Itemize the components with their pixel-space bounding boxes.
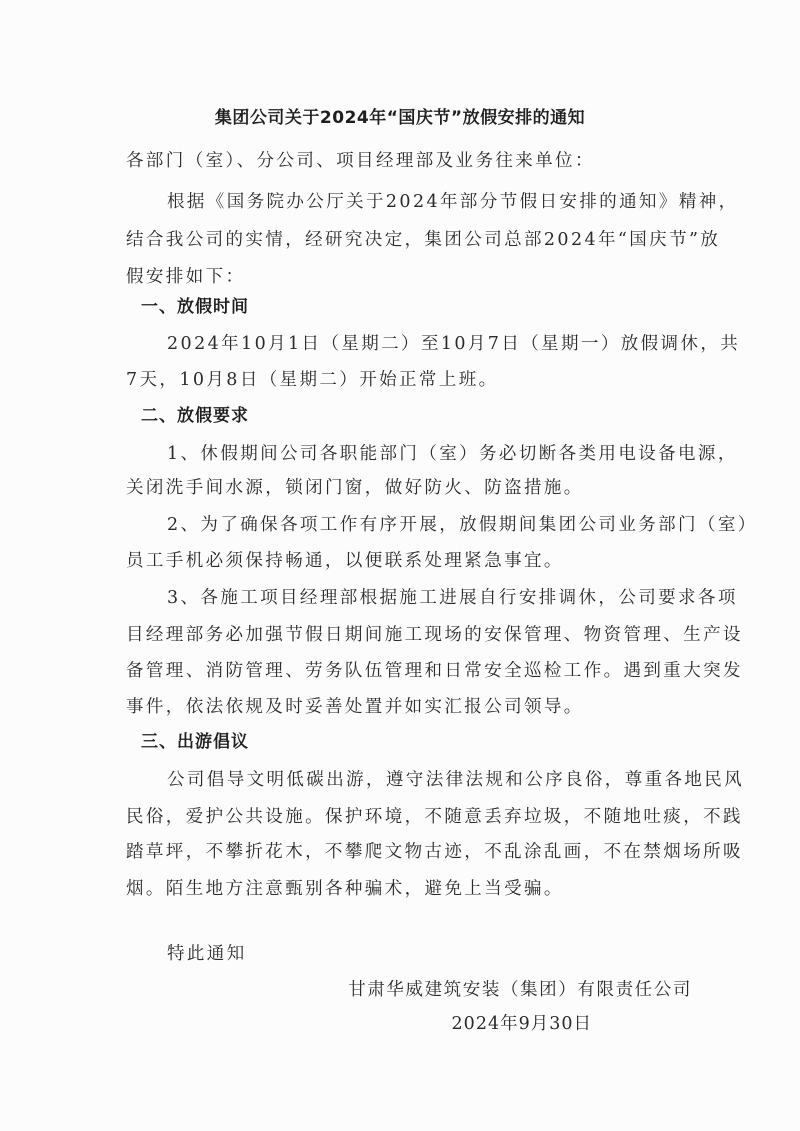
section-2-line-2: 关闭洗手间水源，锁闭门窗，做好防火、防盗措施。 [126, 474, 584, 499]
section-heading-holiday-requirements: 二、放假要求 [141, 401, 249, 426]
section-3-line-4: 烟。陌生地方注意甄别各种骗术，避免上当受骗。 [126, 875, 564, 900]
section-2-line-4: 员工手机必须保持畅通，以便联系处理紧急事宜。 [126, 547, 564, 572]
section-2-line-3: 2、为了确保各项工作有序开展，放假期间集团公司业务部门（室） [167, 511, 758, 536]
section-3-line-2: 民俗，爱护公共设施。保护环境，不随意丢弃垃圾，不随地吐痰，不践 [126, 803, 743, 828]
section-2-line-6: 目经理部务必加强节假日期间施工现场的安保管理、物资管理、生产设 [126, 621, 743, 646]
section-1-line-2: 7天，10月8日（星期二）开始正常上班。 [126, 366, 499, 391]
section-heading-travel-initiative: 三、出游倡议 [141, 727, 249, 752]
document-page: 集团公司关于2024年“国庆节”放假安排的通知 各部门（室）、分公司、项目经理部… [0, 0, 800, 1131]
section-3-line-3: 踏草坪，不攀折花木，不攀爬文物古迹，不乱涂乱画，不在禁烟场所吸 [126, 838, 743, 863]
section-heading-holiday-time: 一、放假时间 [141, 292, 249, 317]
section-2-line-8: 事件，依法依规及时妥善处置并如实汇报公司领导。 [126, 693, 584, 718]
intro-line-2: 结合我公司的实情，经研究决定，集团公司总部2024年“国庆节”放 [126, 226, 720, 251]
section-2-line-1: 1、休假期间公司各职能部门（室）务必切断各类用电设备电源， [167, 440, 738, 465]
intro-line-1: 根据《国务院办公厅关于2024年部分节假日安排的通知》精神， [167, 188, 739, 213]
document-title: 集团公司关于2024年“国庆节”放假安排的通知 [0, 103, 800, 128]
section-2-line-5: 3、各施工项目经理部根据施工进展自行安排调休，公司要求各项 [167, 584, 738, 609]
salutation: 各部门（室）、分公司、项目经理部及业务往来单位： [126, 147, 595, 172]
signature-company: 甘肃华威建筑安装（集团）有限责任公司 [0, 976, 692, 1001]
signature-date: 2024年9月30日 [0, 1010, 592, 1035]
section-1-line-1: 2024年10月1日（星期二）至10月7日（星期一）放假调休，共 [167, 330, 740, 355]
section-3-line-1: 公司倡导文明低碳出游，遵守法律法规和公序良俗，尊重各地民风 [167, 766, 744, 791]
section-2-line-7: 备管理、消防管理、劳务队伍管理和日常安全巡检工作。遇到重大突发 [126, 657, 743, 682]
intro-line-3: 假安排如下： [126, 263, 245, 288]
closing-remark: 特此通知 [167, 940, 247, 965]
